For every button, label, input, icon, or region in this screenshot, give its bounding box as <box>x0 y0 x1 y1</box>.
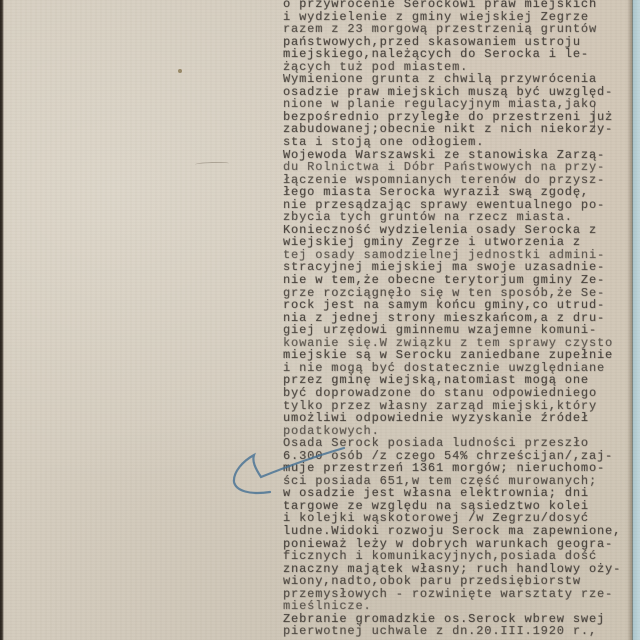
text-line: razem z 23 morgową przestrzenią gruntów <box>283 23 635 36</box>
text-line: Wymienione grunta z chwilą przywrócenia <box>283 73 635 86</box>
typewritten-text-block: o przywrócenie Serockowi praw miejskichi… <box>283 0 635 638</box>
text-line: umożliwi odpowiednie wyzyskanie źródeł <box>283 412 635 425</box>
text-line: sta i stoją one odłogiem. <box>283 136 635 149</box>
text-line: Osada Serock posiada ludności przeszło <box>283 437 635 450</box>
text-line: tylko przez własny zarząd miejski,który <box>283 400 635 413</box>
text-line: kowanie się.W związku z tem sprawy czyst… <box>283 337 635 350</box>
text-line: ludne.Widoki rozwoju Serock ma zapewnion… <box>283 525 635 538</box>
text-line: miejskie są w Serocku zaniedbane zupełni… <box>283 349 635 362</box>
text-line: miejskiego,należących do Serocka i le- <box>283 48 635 61</box>
text-line: łączenie wspomnianych terenów do przysz- <box>283 174 635 187</box>
text-line: nione w planie regulacyjnym miasta,jako <box>283 98 635 111</box>
scan-edge-left <box>0 0 4 640</box>
scanned-document-page: o przywrócenie Serockowi praw miejskichi… <box>0 0 640 640</box>
text-line: zbycia tych gruntów na rzecz miasta. <box>283 211 635 224</box>
text-line: ści posiada 651,w tem część murowanych; <box>283 475 635 488</box>
text-line: i nie mogą być dostatecznie uwzględniane <box>283 362 635 375</box>
text-line: ficznych i komunikacyjnych,posiada dość <box>283 550 635 563</box>
text-line: łego miasta Serocka wyraził swą zgodę, <box>283 186 635 199</box>
text-line: być doprowadzone do stanu odpowiedniego <box>283 387 635 400</box>
text-line: giej urzędowi gminnemu wzajemne komuni- <box>283 324 635 337</box>
text-line: rock jest na samym końcu gminy,co utrud- <box>283 299 635 312</box>
text-line: pierwotnej uchwale z dn.20.III.1920 r., <box>283 625 635 638</box>
text-line: wiony,nadto,obok paru przedsiębiorstw <box>283 575 635 588</box>
text-line: nie w tem,że obecne terytorjum gminy Ze- <box>283 274 635 287</box>
text-line: o przywrócenie Serockowi praw miejskich <box>283 0 635 11</box>
text-line: w osadzie jest własna elektrownia; dni <box>283 487 635 500</box>
text-line: du Rolnictwa i Dóbr Państwowych na przy- <box>283 161 635 174</box>
paper-scratch <box>195 161 229 166</box>
text-line: grze rozciągnęło się w ten sposób,że Se- <box>283 287 635 300</box>
text-line: i kolejki wąskotorowej /w Zegrzu/dosyć <box>283 512 635 525</box>
text-line: stracyjnej miejskiej ma swoje uzasadnie- <box>283 261 635 274</box>
paper-speck <box>178 69 182 73</box>
text-line: mieślnicze. <box>283 600 635 613</box>
text-line: muje przestrzeń 1361 morgów; nieruchomo- <box>283 462 635 475</box>
text-line: 6.300 osób /z czego 54% chrześcijan/,zaj… <box>283 450 635 463</box>
